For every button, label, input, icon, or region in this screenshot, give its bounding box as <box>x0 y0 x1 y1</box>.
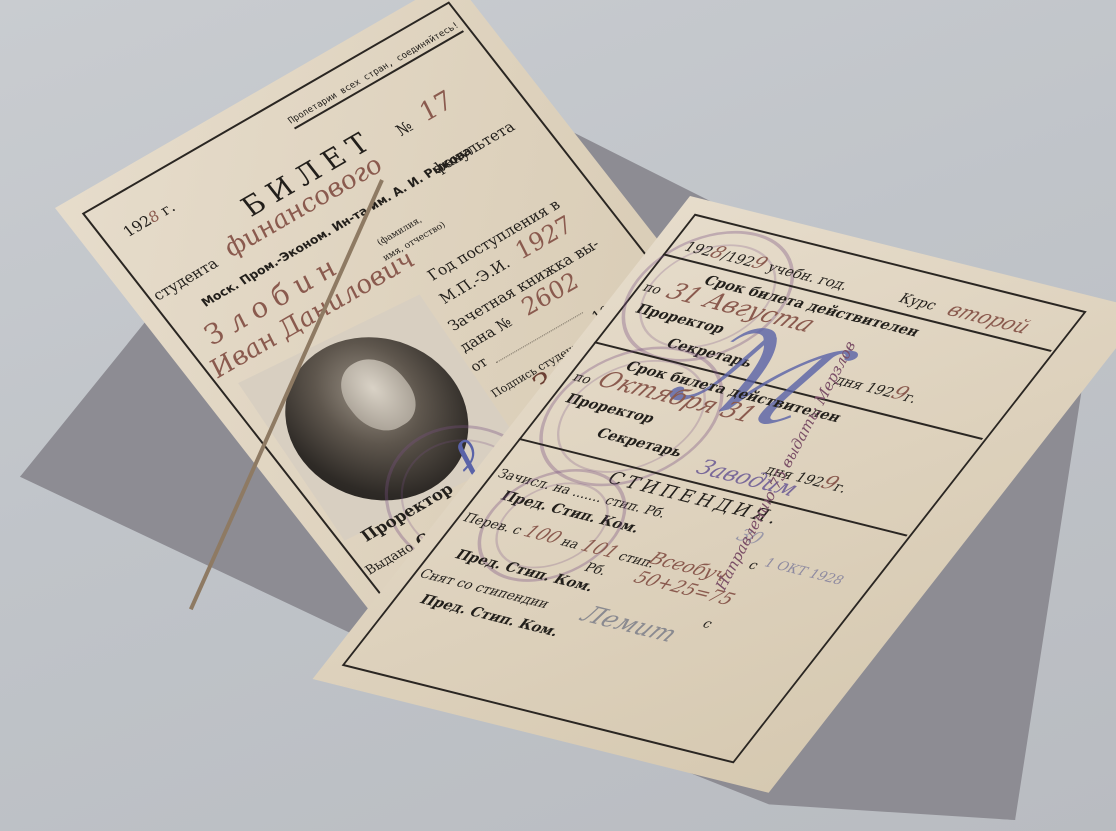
photo-face <box>327 348 429 441</box>
student-id-booklet: 1928 г. Пролетарии всех стран, соединяйт… <box>0 0 1116 831</box>
